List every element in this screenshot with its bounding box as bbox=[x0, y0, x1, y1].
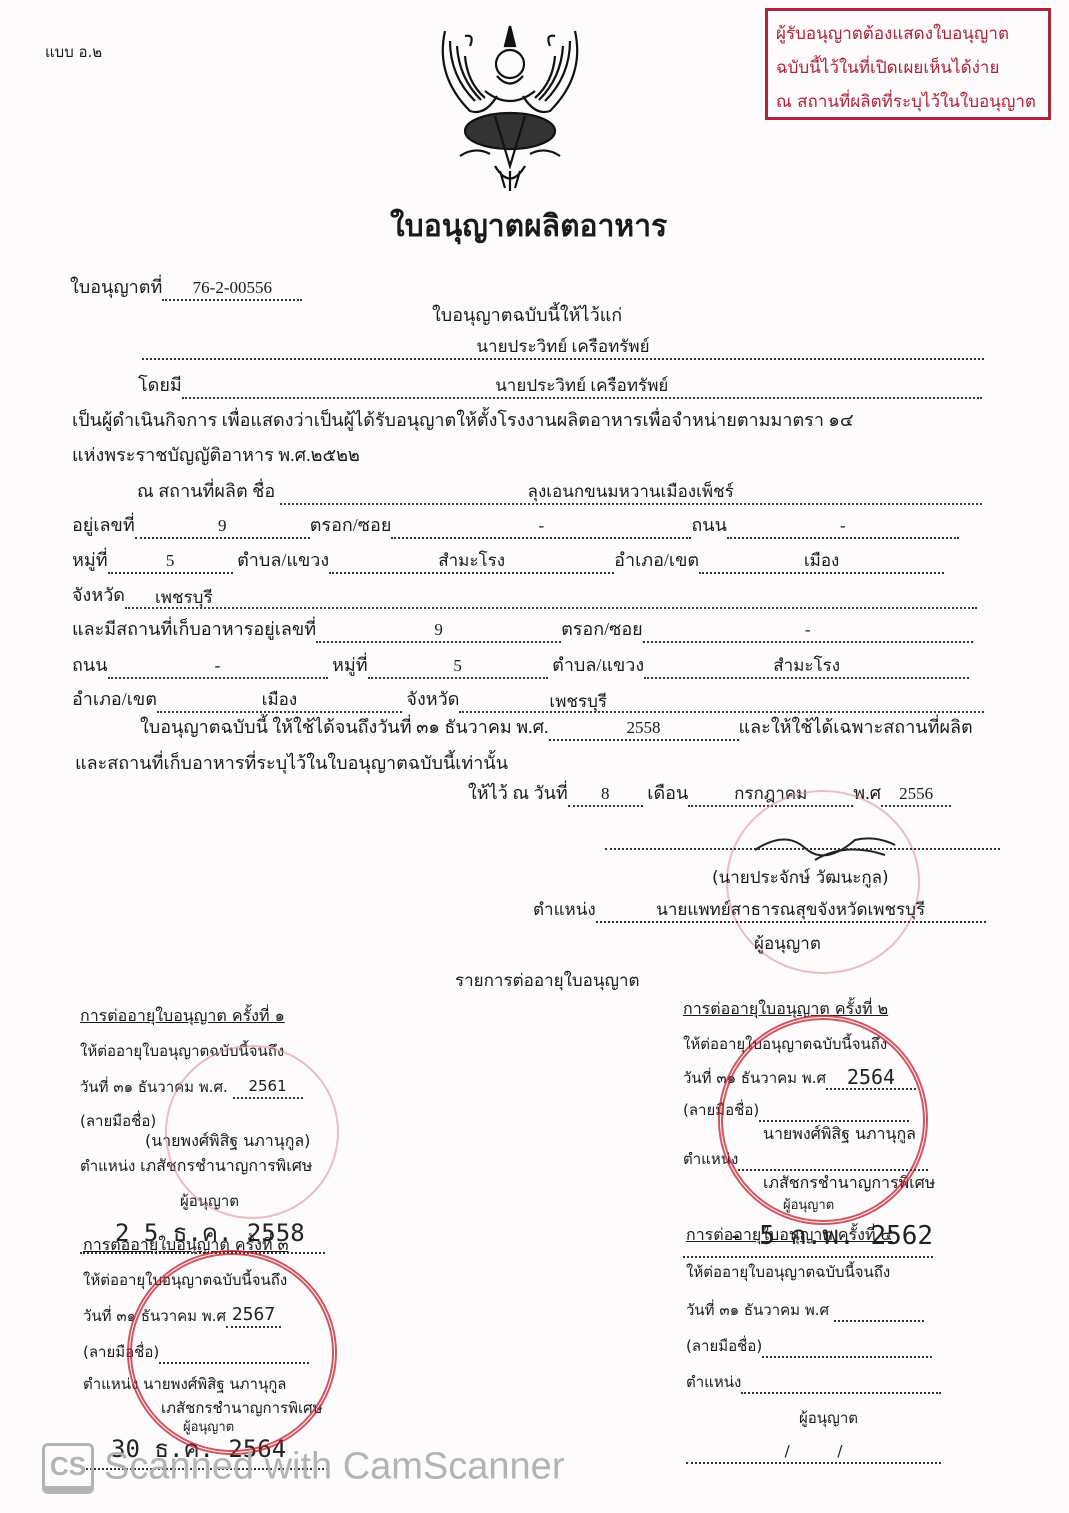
validity-row: ใบอนุญาตฉบับนี้ ให้ใช้ได้จนถึงวันที่ ๓๑ … bbox=[140, 712, 973, 741]
signature-line bbox=[605, 848, 1000, 850]
renewal-text: ให้ต่ออายุใบอนุญาตฉบับนี้จนถึง bbox=[686, 1260, 941, 1284]
district-value: เมือง bbox=[699, 550, 944, 574]
road-value: - bbox=[727, 515, 959, 539]
renewal-date-label: วันที่ ๓๑ ธันวาคม พ.ศ bbox=[686, 1301, 829, 1319]
site-address-row-2: หมู่ที่5 ตำบล/แขวงสำมะโรงอำเภอ/เขตเมือง bbox=[72, 545, 944, 574]
signature-scribble bbox=[745, 820, 905, 870]
storage-district-label: อำเภอ/เขต bbox=[72, 689, 157, 709]
issued-date-row: ให้ไว้ ณ วันที่8 เดือนกรกฎาคมพ.ศ2556 bbox=[468, 778, 951, 807]
validity-text: ใบอนุญาตฉบับนี้ ให้ใช้ได้จนถึงวันที่ ๓๑ … bbox=[140, 717, 549, 737]
renewal-position-label: ตำแหน่ง bbox=[80, 1157, 135, 1175]
validity-line-2: และสถานที่เก็บอาหารที่ระบุไว้ในใบอนุญาตฉ… bbox=[75, 748, 508, 777]
site-address-row-1: อยู่เลขที่9ตรอก/ซอย-ถนน- bbox=[72, 510, 959, 539]
notice-line: ฉบับนี้ไว้ในที่เปิดเผยเห็นได้ง่าย bbox=[776, 51, 1040, 85]
granted-to-label: ใบอนุญาตฉบับนี้ให้ไว้แก่ bbox=[432, 300, 622, 329]
renewal-stamp bbox=[165, 1045, 339, 1219]
storage-house-no-label: และมีสถานที่เก็บอาหารอยู่เลขที่ bbox=[72, 619, 316, 639]
issued-day-value: 8 bbox=[568, 783, 643, 807]
renewal-signature-label: (ลายมือชื่อ) bbox=[686, 1337, 762, 1355]
road-label: ถนน bbox=[691, 515, 727, 535]
validity-text-after: และให้ใช้ได้เฉพาะสถานที่ผลิต bbox=[739, 717, 973, 737]
signatory-position-row: ตำแหน่งนายแพทย์สาธารณสุขจังหวัดเพชรบุรี bbox=[533, 896, 986, 923]
signatory-role: ผู้อนุญาต bbox=[754, 930, 821, 957]
validity-year: 2558 bbox=[549, 717, 739, 741]
signatory-name: (นายประจักษ์ วัฒนะกูล) bbox=[712, 864, 889, 891]
district-label: อำเภอ/เขต bbox=[614, 550, 699, 570]
by-label: โดยมี bbox=[138, 375, 182, 395]
renewal-heading: การต่ออายุใบอนุญาต ครั้งที่ ๑ bbox=[80, 1004, 325, 1029]
renewal-year bbox=[834, 1298, 924, 1322]
site-name-label: ณ สถานที่ผลิต ชื่อ bbox=[137, 481, 275, 501]
display-notice-box: ผู้รับอนุญาตต้องแสดงใบอนุญาต ฉบับนี้ไว้ใ… bbox=[765, 8, 1051, 120]
soi-value: - bbox=[391, 515, 691, 539]
renewal-signer bbox=[762, 1334, 932, 1358]
license-number-row: ใบอนุญาตที่76-2-00556 bbox=[70, 272, 302, 301]
renewal-4: การต่ออายุใบอนุญาต ครั้งที่ ๔ ให้ต่ออายุ… bbox=[686, 1223, 941, 1464]
house-no-label: อยู่เลขที่ bbox=[72, 515, 135, 535]
renewal-stamp bbox=[718, 1015, 928, 1225]
subdistrict-label: ตำบล/แขวง bbox=[237, 550, 329, 570]
storage-address-row-1: และมีสถานที่เก็บอาหารอยู่เลขที่9ตรอก/ซอย… bbox=[72, 614, 973, 643]
storage-address-row-3: อำเภอ/เขตเมือง จังหวัดเพชรบุรี bbox=[72, 684, 984, 713]
camscanner-logo-icon: CS bbox=[42, 1443, 94, 1494]
purpose-line-1: เป็นผู้ดำเนินกิจการ เพื่อแสดงว่าเป็นผู้ไ… bbox=[72, 405, 853, 434]
subdistrict-value: สำมะโรง bbox=[329, 550, 614, 574]
renewal-stamp-date: / / bbox=[686, 1440, 941, 1464]
document-title: ใบอนุญาตผลิตอาหาร bbox=[390, 203, 667, 250]
issued-year-value: 2556 bbox=[881, 783, 951, 807]
garuda-emblem-icon bbox=[425, 16, 595, 196]
license-number-label: ใบอนุญาตที่ bbox=[70, 277, 162, 297]
purpose-line-2: แห่งพระราชบัญญัติอาหาร พ.ศ.๒๕๒๒ bbox=[72, 440, 360, 469]
signatory-position-value: นายแพทย์สาธารณสุขจังหวัดเพชรบุรี bbox=[596, 899, 986, 923]
site-address-row-3: จังหวัดเพชรบุรี bbox=[72, 580, 977, 609]
by-value: นายประวิทย์ เครือทรัพย์ bbox=[182, 375, 982, 399]
storage-province-value: เพชรบุรี bbox=[459, 691, 984, 713]
renewal-position bbox=[741, 1370, 941, 1394]
storage-subdistrict-label: ตำบล/แขวง bbox=[552, 655, 644, 675]
site-name-value: ลุงเอนกขนมหวานเมืองเพ็ชร์ bbox=[280, 481, 982, 505]
storage-soi-label: ตรอก/ซอย bbox=[561, 619, 643, 639]
house-no-value: 9 bbox=[135, 515, 310, 539]
storage-subdistrict-value: สำมะโรง bbox=[644, 655, 969, 679]
renewal-stamp bbox=[127, 1250, 337, 1455]
renewal-heading: การต่ออายุใบอนุญาต ครั้งที่ ๔ bbox=[686, 1223, 941, 1248]
signatory-position-label: ตำแหน่ง bbox=[533, 900, 596, 920]
month-label: เดือน bbox=[647, 783, 688, 803]
renewal-role: ผู้อนุญาต bbox=[799, 1406, 941, 1430]
storage-province-label: จังหวัด bbox=[406, 689, 459, 709]
granted-to-row: นายประวิทย์ เครือทรัพย์ bbox=[142, 336, 984, 360]
watermark-text: Scanned with CamScanner bbox=[104, 1446, 564, 1488]
site-name-row: ณ สถานที่ผลิต ชื่อ ลุงเอนกขนมหวานเมืองเพ… bbox=[137, 476, 982, 505]
province-label: จังหวัด bbox=[72, 585, 125, 605]
camscanner-watermark: CSScanned with CamScanner bbox=[42, 1443, 564, 1494]
notice-line: ผู้รับอนุญาตต้องแสดงใบอนุญาต bbox=[776, 17, 1040, 51]
moo-label: หมู่ที่ bbox=[72, 550, 108, 570]
storage-road-value: - bbox=[108, 655, 328, 679]
storage-road-label: ถนน bbox=[72, 655, 108, 675]
by-row: โดยมีนายประวิทย์ เครือทรัพย์ bbox=[138, 370, 982, 399]
renewal-position-label: ตำแหน่ง bbox=[686, 1373, 741, 1391]
soi-label: ตรอก/ซอย bbox=[310, 515, 392, 535]
issued-day-label: ให้ไว้ ณ วันที่ bbox=[468, 783, 568, 803]
province-value: เพชรบุรี bbox=[125, 587, 977, 609]
storage-house-no-value: 9 bbox=[316, 619, 561, 643]
notice-line: ณ สถานที่ผลิตที่ระบุไว้ในใบอนุญาต bbox=[776, 85, 1040, 119]
license-number-value: 76-2-00556 bbox=[162, 277, 302, 301]
storage-moo-value: 5 bbox=[368, 655, 548, 679]
granted-to-value: นายประวิทย์ เครือทรัพย์ bbox=[142, 336, 984, 360]
moo-value: 5 bbox=[108, 550, 233, 574]
storage-address-row-2: ถนน- หมู่ที่5 ตำบล/แขวงสำมะโรง bbox=[72, 650, 969, 679]
storage-soi-value: - bbox=[643, 619, 973, 643]
form-code: แบบ อ.๒ bbox=[45, 40, 102, 64]
storage-district-value: เมือง bbox=[157, 689, 402, 713]
renewals-title: รายการต่ออายุใบอนุญาต bbox=[455, 967, 640, 994]
storage-moo-label: หมู่ที่ bbox=[332, 655, 368, 675]
